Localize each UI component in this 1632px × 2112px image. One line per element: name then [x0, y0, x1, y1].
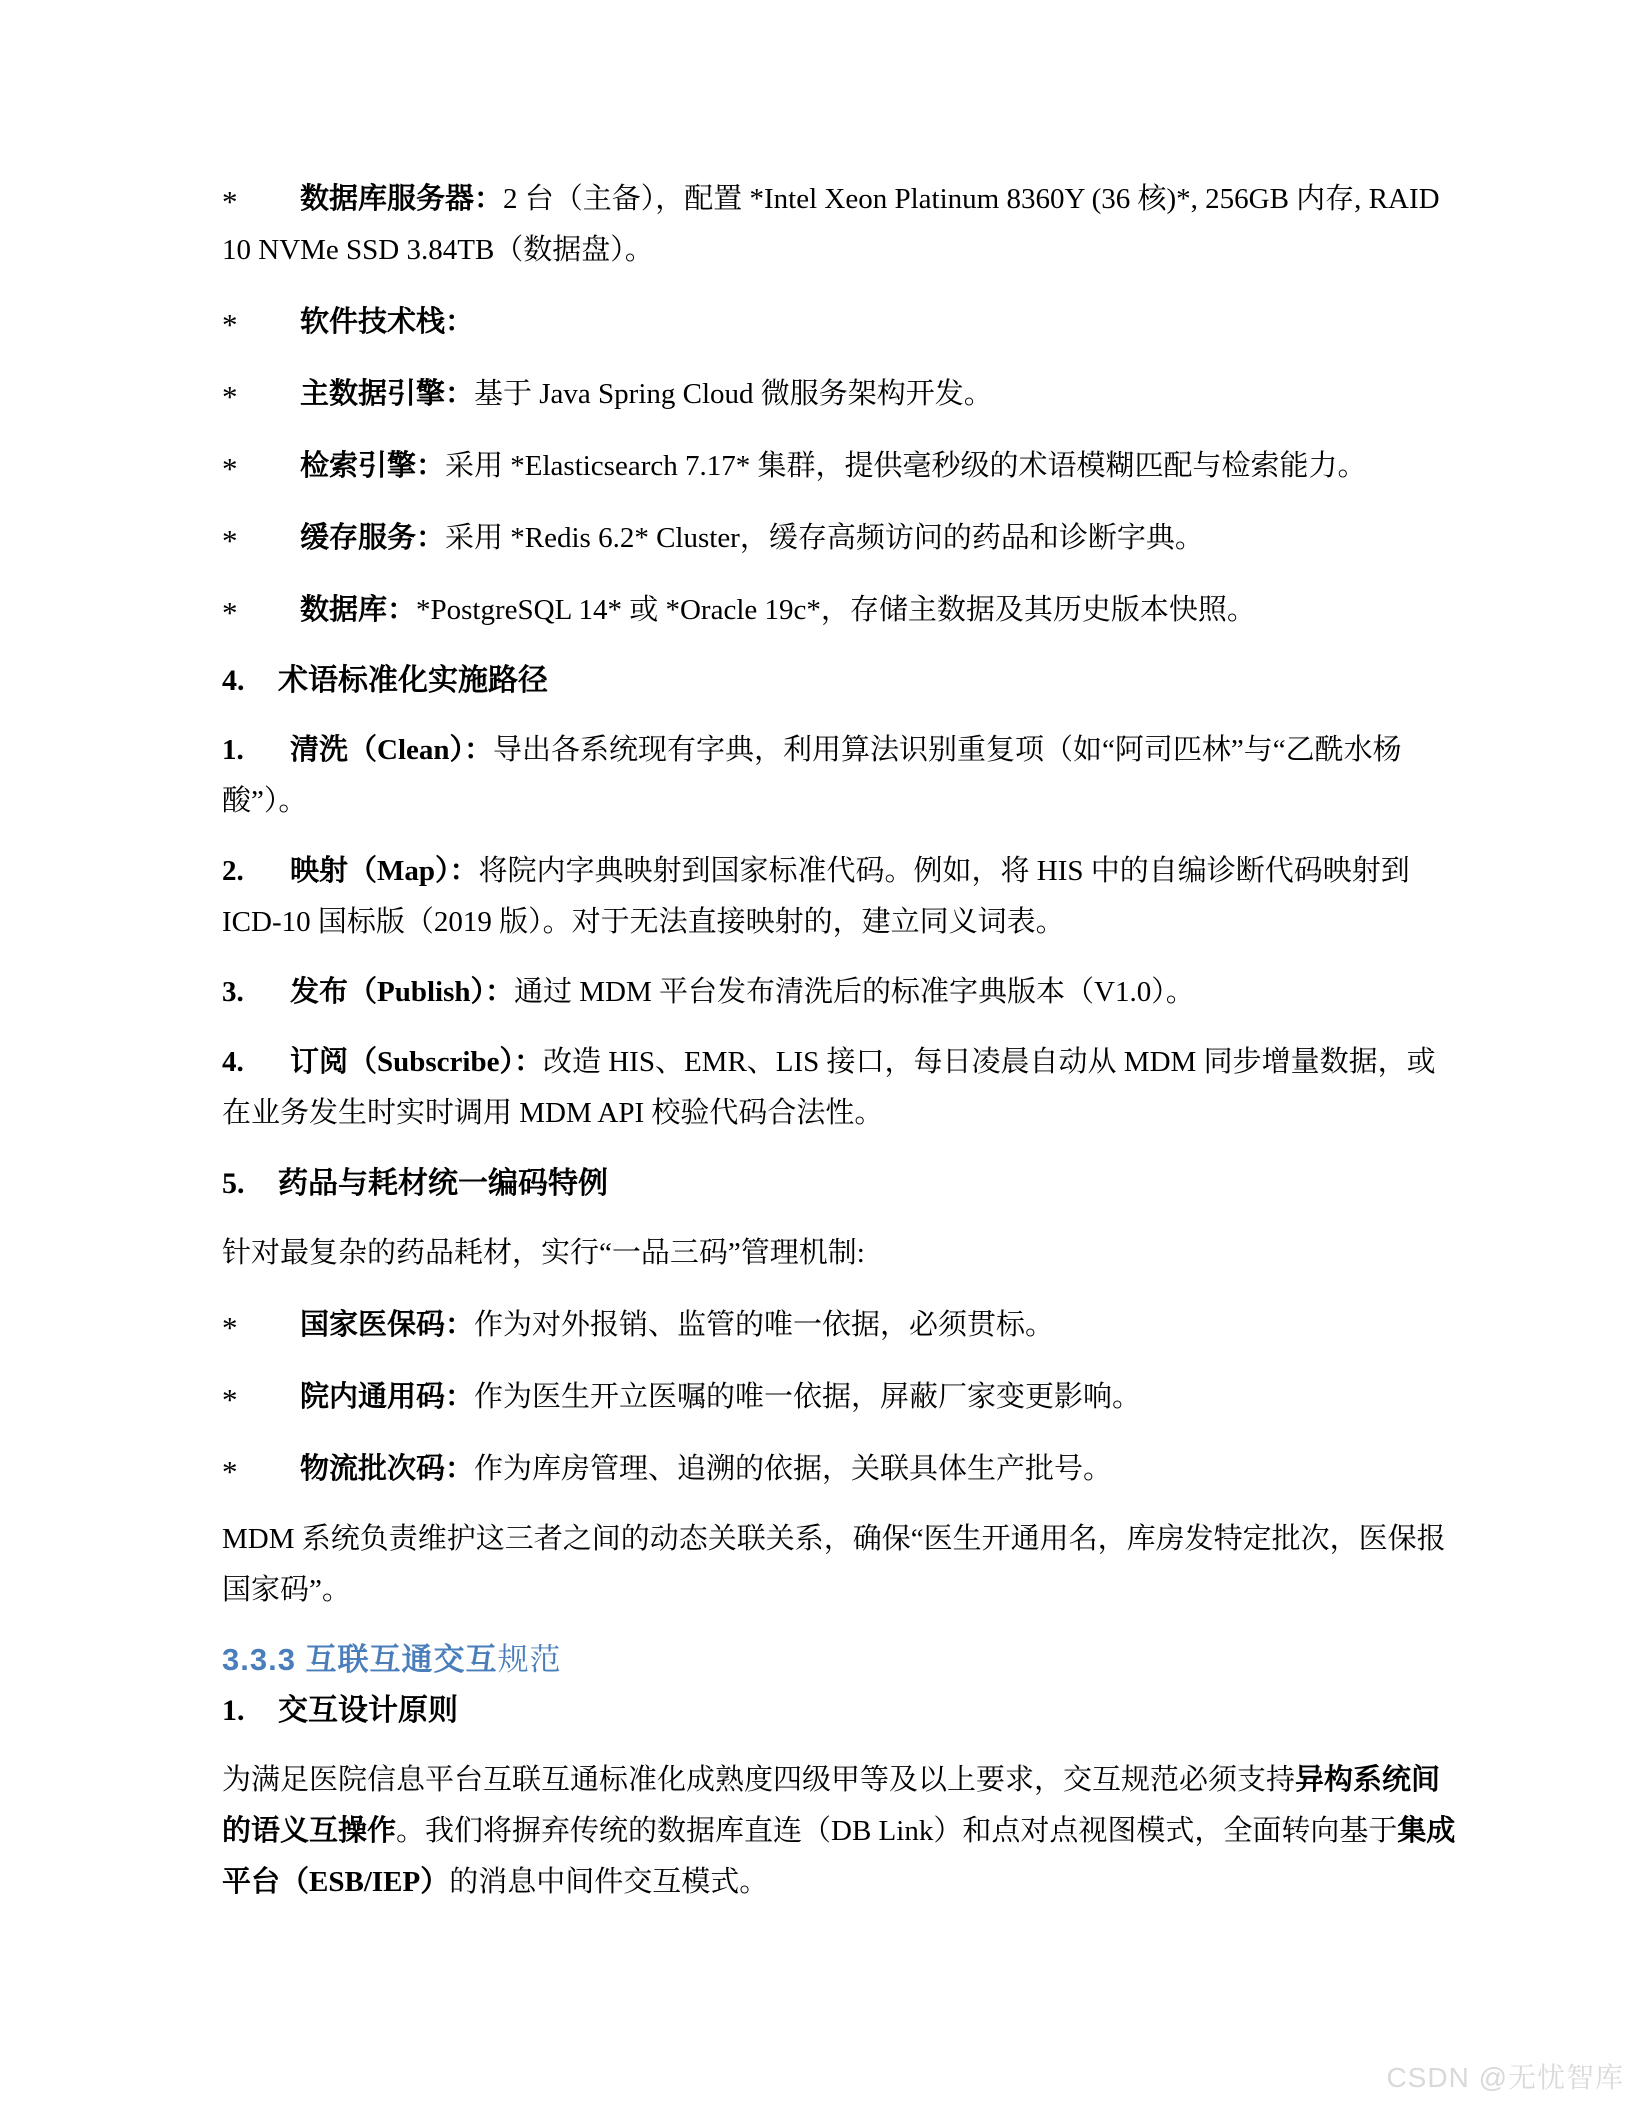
paragraph: MDM 系统负责维护这三者之间的动态关联关系，确保“医生开通用名，库房发特定批次…	[222, 1514, 1464, 1616]
text-run: 3.3.3 互联互通交互	[222, 1642, 498, 1677]
text-run: MDM 系统负责维护这三者之间的动态关联关系，确保“医生开通用名，库房发特定批次…	[222, 1523, 1446, 1606]
text-run: 采用 *Redis 6.2* Cluster，缓存高频访问的药品和诊断字典。	[445, 522, 1204, 554]
list-marker: 2.	[222, 846, 290, 897]
numbered-item: 1.清洗（Clean）：导出各系统现有字典，利用算法识别重复项（如“阿司匹林”与…	[222, 725, 1464, 827]
text-run: 交互设计原则	[278, 1694, 458, 1727]
text-run: 院内通用码：	[300, 1381, 474, 1413]
text-run: 数据库：	[300, 594, 416, 626]
bullet-item: *数据库服务器：2 台（主备），配置 *Intel Xeon Platinum …	[222, 172, 1464, 276]
list-marker: *	[222, 1302, 300, 1353]
text-run: 数据库服务器：	[300, 183, 503, 215]
text-run: 缓存服务：	[300, 522, 445, 554]
text-run: 订阅（Subscribe）：	[290, 1046, 543, 1078]
list-marker: *	[222, 587, 300, 638]
numbered-item: 4.订阅（Subscribe）：改造 HIS、EMR、LIS 接口，每日凌晨自动…	[222, 1037, 1464, 1139]
paragraph: 针对最复杂的药品耗材，实行“一品三码”管理机制:	[222, 1228, 1464, 1279]
text-run: 物流批次码：	[300, 1453, 474, 1485]
list-marker: *	[222, 371, 300, 422]
bullet-item: *缓存服务：采用 *Redis 6.2* Cluster，缓存高频访问的药品和诊…	[222, 511, 1464, 564]
list-marker: *	[222, 1446, 300, 1497]
bullet-item: *软件技术栈：	[222, 295, 1464, 348]
bullet-item: *国家医保码：作为对外报销、监管的唯一依据，必须贯标。	[222, 1298, 1464, 1351]
text-run: 术语标准化实施路径	[278, 664, 548, 697]
numbered-item: 2.映射（Map）：将院内字典映射到国家标准代码。例如，将 HIS 中的自编诊断…	[222, 846, 1464, 948]
text-run: 通过 MDM 平台发布清洗后的标准字典版本（V1.0）。	[514, 976, 1195, 1008]
page: { "page": { "background": "#ffffff", "wa…	[0, 0, 1632, 2112]
text-run: 主数据引擎：	[300, 378, 474, 410]
text-run: 清洗（Clean）：	[290, 734, 493, 766]
list-marker: *	[222, 1374, 300, 1425]
list-marker: 1.	[222, 725, 290, 776]
list-marker: *	[222, 299, 300, 350]
list-marker: *	[222, 176, 300, 227]
text-run: 针对最复杂的药品耗材，实行“一品三码”管理机制:	[222, 1237, 865, 1269]
text-run: 检索引擎：	[300, 450, 445, 482]
text-run: 作为医生开立医嘱的唯一依据，屏蔽厂家变更影响。	[474, 1381, 1141, 1413]
paragraph: 为满足医院信息平台互联互通标准化成熟度四级甲等及以上要求，交互规范必须支持异构系…	[222, 1755, 1464, 1908]
text-run: 药品与耗材统一编码特例	[278, 1167, 608, 1200]
bullet-item: *数据库：*PostgreSQL 14* 或 *Oracle 19c*，存储主数…	[222, 583, 1464, 636]
bullet-item: *院内通用码：作为医生开立医嘱的唯一依据，屏蔽厂家变更影响。	[222, 1370, 1464, 1423]
bullet-item: *主数据引擎：基于 Java Spring Cloud 微服务架构开发。	[222, 367, 1464, 420]
text-run: 。我们将摒弃传统的数据库直连（DB Link）和点对点视图模式，全面转向基于	[396, 1815, 1397, 1847]
list-marker: 4.	[222, 1037, 290, 1088]
list-marker: 4.	[222, 655, 278, 706]
section-heading: 1.交互设计原则	[222, 1685, 1464, 1736]
text-run: 为满足医院信息平台互联互通标准化成熟度四级甲等及以上要求，交互规范必须支持	[222, 1764, 1295, 1796]
list-marker: *	[222, 443, 300, 494]
section-heading: 4.术语标准化实施路径	[222, 655, 1464, 706]
text-run: 作为库房管理、追溯的依据，关联具体生产批号。	[474, 1453, 1112, 1485]
text-run: 发布（Publish）：	[290, 976, 514, 1008]
list-marker: 5.	[222, 1158, 278, 1209]
text-run: *PostgreSQL 14* 或 *Oracle 19c*，存储主数据及其历史…	[416, 594, 1256, 626]
csdn-watermark: CSDN @无忧智库	[1386, 2056, 1624, 2096]
list-marker: *	[222, 515, 300, 566]
document-body: *数据库服务器：2 台（主备），配置 *Intel Xeon Platinum …	[222, 172, 1464, 1927]
bullet-item: *检索引擎：采用 *Elasticsearch 7.17* 集群，提供毫秒级的术…	[222, 439, 1464, 492]
bullet-item: *物流批次码：作为库房管理、追溯的依据，关联具体生产批号。	[222, 1442, 1464, 1495]
text-run: 的消息中间件交互模式。	[449, 1866, 768, 1898]
section-heading: 5.药品与耗材统一编码特例	[222, 1158, 1464, 1209]
text-run: 软件技术栈：	[300, 306, 474, 338]
list-marker: 3.	[222, 967, 290, 1018]
numbered-item: 3.发布（Publish）：通过 MDM 平台发布清洗后的标准字典版本（V1.0…	[222, 967, 1464, 1018]
text-run: 映射（Map）：	[290, 855, 479, 887]
section-heading: 3.3.3 互联互通交互规范	[222, 1635, 1464, 1685]
text-run: 国家医保码：	[300, 1309, 474, 1341]
text-run: 采用 *Elasticsearch 7.17* 集群，提供毫秒级的术语模糊匹配与…	[445, 450, 1366, 482]
text-run: 基于 Java Spring Cloud 微服务架构开发。	[474, 378, 993, 410]
text-run: 作为对外报销、监管的唯一依据，必须贯标。	[474, 1309, 1054, 1341]
text-run: 规范	[498, 1642, 562, 1677]
list-marker: 1.	[222, 1685, 278, 1736]
